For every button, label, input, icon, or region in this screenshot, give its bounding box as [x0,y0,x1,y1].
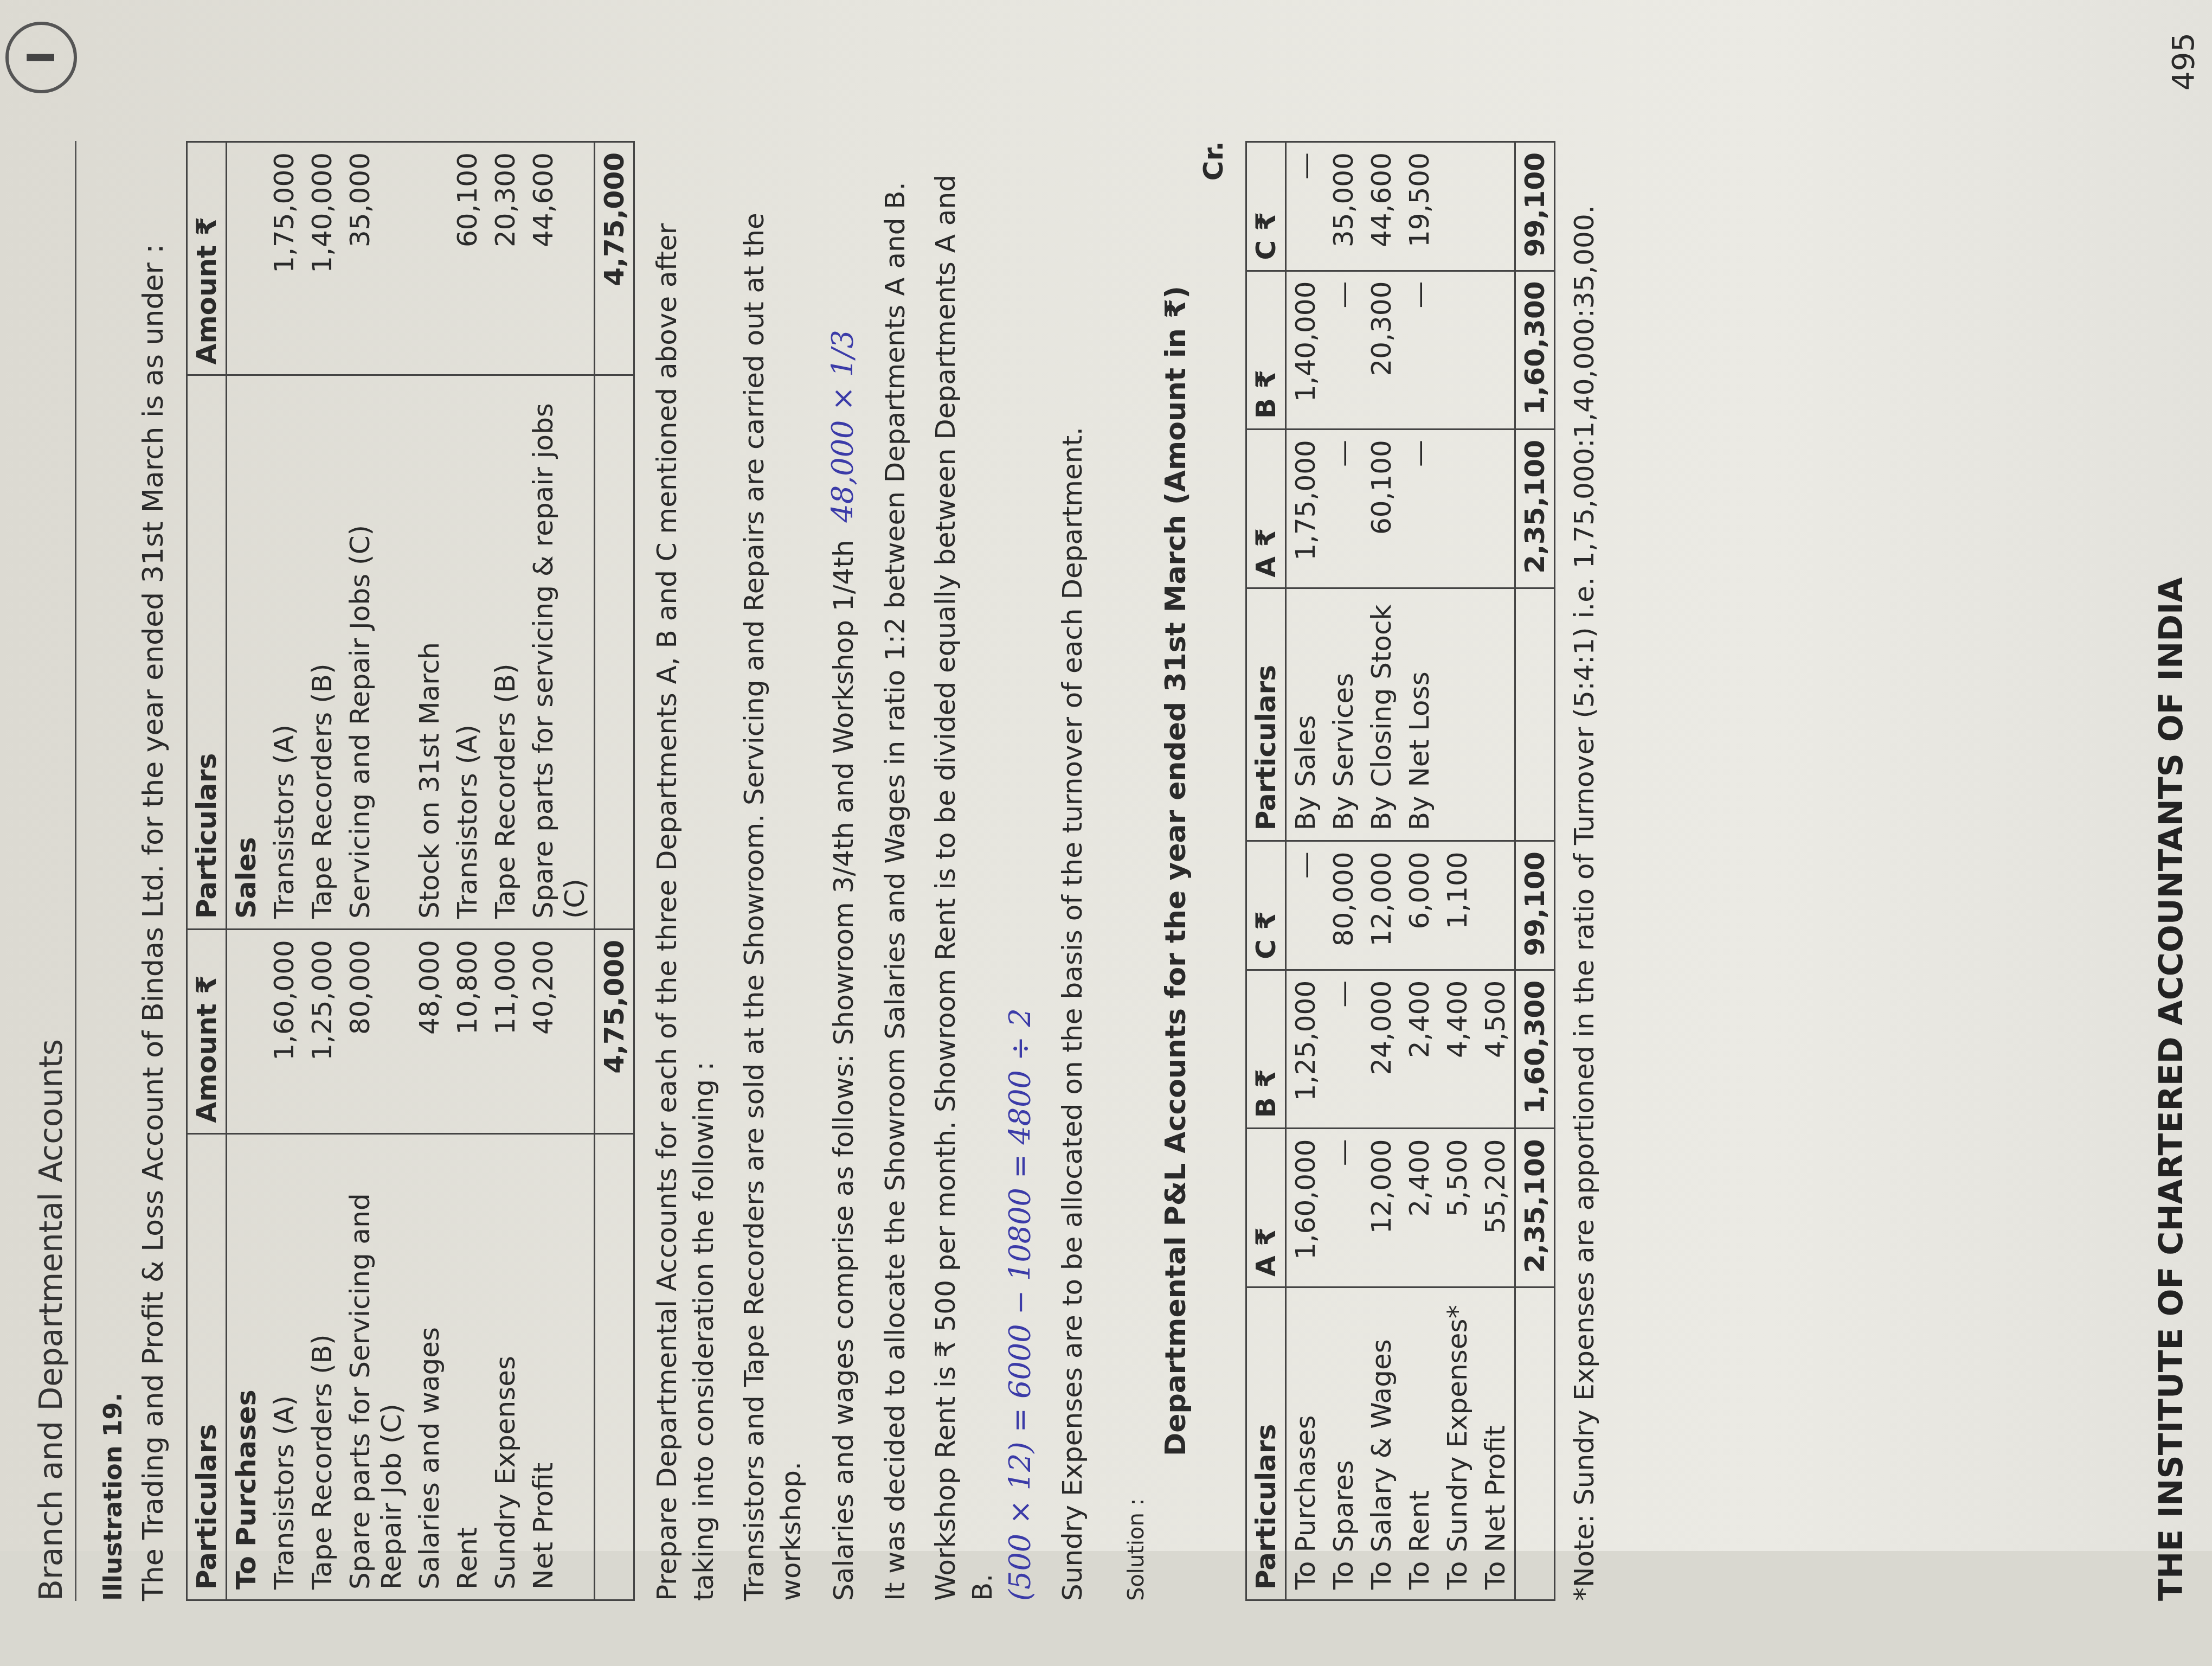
cr-particular: By Closing Stock [1362,588,1400,841]
dr-dept-b: — [1324,970,1362,1129]
cr-dept-b: — [1324,271,1362,430]
dr-particular: Tape Recorders (B) [303,1133,341,1600]
running-head: Branch and Departmental Accounts [22,141,76,1601]
dr-particular: Rent [448,1133,486,1600]
dr-particular: Net Profit [524,1133,595,1600]
dr-total-b: 1,60,300 [1515,970,1554,1129]
pl-row: To Sundry Expenses*5,5004,4001,100 [1438,142,1476,1600]
dr-dept-b: 2,400 [1400,970,1438,1129]
trading-account-table: Particulars Amount ₹ Particulars Amount … [186,141,635,1601]
dr-dept-a: — [1324,1129,1362,1287]
pl-col-header: Particulars [1246,588,1285,841]
dr-dept-b: 24,000 [1362,970,1400,1129]
trading-row: Tape Recorders (B)1,25,000Tape Recorders… [303,142,341,1600]
dr-amount: 80,000 [341,930,410,1133]
pl-row: To Net Profit55,2004,500 [1476,142,1515,1600]
question-section: Prepare Departmental Accounts for each o… [649,141,1091,1601]
note-4: Workshop Rent is ₹ 500 per month. Showro… [928,141,1040,1601]
cr-label: Cr. [1198,141,1229,1601]
cr-particular: Tape Recorders (B) [303,375,341,930]
cr-amount: 35,000 [341,142,410,375]
cr-particular: Transistors (A) [265,375,303,930]
cr-dept-b: — [1400,271,1438,430]
dr-total: 4,75,000 [595,930,634,1133]
pl-col-header: B ₹ [1246,271,1285,430]
dr-dept-c: 12,000 [1362,841,1400,970]
cr-particular: Sales [227,375,266,930]
note-4-text: Workshop Rent is ₹ 500 per month. Showro… [930,175,998,1601]
cr-amount: 44,600 [524,142,595,375]
dr-amount: 1,60,000 [265,930,303,1133]
handwritten-salary-note: 48,000 × 1/3 [826,330,860,522]
trading-row: Rent10,800Transistors (A)60,100 [448,142,486,1600]
col-header: Particulars [187,375,227,930]
pl-col-header: C ₹ [1246,841,1285,970]
dr-dept-c: 1,100 [1438,841,1476,970]
illustration-label: Illustration 19. [98,141,127,1601]
cr-particular [1476,588,1515,841]
footer-institute: THE INSTITUTE OF CHARTERED ACCOUNTANTS O… [2152,577,2190,1601]
cr-amount: 1,75,000 [265,142,303,375]
cr-particular: By Services [1324,588,1362,841]
dr-particular: To Net Profit [1476,1287,1515,1600]
dr-particular: To Purchases [1285,1287,1324,1600]
pl-col-header: Particulars [1246,1287,1285,1600]
institute-logo-icon: I [5,22,77,93]
cr-dept-a [1438,430,1476,588]
col-header: Particulars [187,1133,227,1600]
note-5: Sundry Expenses are to be allocated on t… [1054,141,1091,1601]
note-2: Salaries and wages comprise as follows: … [824,141,863,1601]
cr-dept-a: 60,100 [1362,430,1400,588]
pl-col-header: B ₹ [1246,970,1285,1129]
note-3: It was decided to allocate the Showroom … [877,141,914,1601]
cr-dept-a: 1,75,000 [1285,430,1324,588]
trading-row: Net Profit40,200Spare parts for servicin… [524,142,595,1600]
cr-dept-c: 35,000 [1324,142,1362,271]
trading-row: Spare parts for Servicing and Repair Job… [341,142,410,1600]
cr-dept-b [1438,271,1476,430]
pl-row: To Rent2,4002,4006,000By Net Loss——19,50… [1400,142,1438,1600]
photo-background: I Branch and Departmental Accounts Illus… [0,0,2212,1666]
pl-col-header: A ₹ [1246,1129,1285,1287]
cr-amount [227,142,266,375]
trading-total-row: 4,75,000 4,75,000 [595,142,634,1600]
dr-amount: 48,000 [410,930,448,1133]
dr-dept-a: 55,200 [1476,1129,1515,1287]
handwritten-rent-note: (500 × 12) = 6000 − 10800 = 4800 ÷ 2 [1003,1008,1037,1601]
question-text: Prepare Departmental Accounts for each o… [649,141,722,1601]
dr-total-a: 2,35,100 [1515,1129,1554,1287]
cr-dept-a: — [1324,430,1362,588]
dr-particular: To Rent [1400,1287,1438,1600]
dr-total-c: 99,100 [1515,841,1554,970]
cr-particular: By Net Loss [1400,588,1438,841]
dr-dept-c: — [1285,841,1324,970]
dr-particular: Salaries and wages [410,1133,448,1600]
dr-dept-a: 12,000 [1362,1129,1400,1287]
cr-dept-c: 19,500 [1400,142,1438,271]
pl-col-header: C ₹ [1246,142,1285,271]
trading-row: Sundry Expenses11,000Tape Recorders (B)2… [486,142,524,1600]
trading-row: To PurchasesSales [227,142,266,1600]
textbook-page: I Branch and Departmental Accounts Illus… [0,0,2212,1666]
solution-label: Solution : [1124,141,1149,1601]
cr-dept-c [1438,142,1476,271]
footnote: *Note: Sundry Expenses are apportioned i… [1568,141,1600,1601]
pl-row: To Salary & Wages12,00024,00012,000By Cl… [1362,142,1400,1600]
dr-amount: 40,200 [524,930,595,1133]
cr-particular: Spare parts for servicing & repair jobs … [524,375,595,930]
pl-total-row: 2,35,100 1,60,300 99,100 2,35,100 1,60,3… [1515,142,1554,1600]
note-1: Transistors and Tape Recorders are sold … [736,141,809,1601]
cr-particular: By Sales [1285,588,1324,841]
cr-dept-c: 44,600 [1362,142,1400,271]
dr-particular: To Sundry Expenses* [1438,1287,1476,1600]
cr-dept-a: — [1400,430,1438,588]
col-header: Amount ₹ [187,142,227,375]
cr-dept-c: — [1285,142,1324,271]
trading-row: Salaries and wages48,000Stock on 31st Ma… [410,142,448,1600]
pl-title: Departmental P&L Accounts for the year e… [1160,141,1192,1601]
cr-total: 4,75,000 [595,142,634,375]
cr-particular: Tape Recorders (B) [486,375,524,930]
pl-col-header: A ₹ [1246,430,1285,588]
departmental-pl-table: ParticularsA ₹B ₹C ₹ParticularsA ₹B ₹C ₹… [1245,141,1555,1601]
col-header: Amount ₹ [187,930,227,1133]
dr-dept-c: 6,000 [1400,841,1438,970]
dr-particular: Transistors (A) [265,1133,303,1600]
pl-row: To Purchases1,60,0001,25,000—By Sales1,7… [1285,142,1324,1600]
cr-particular: Servicing and Repair Jobs (C) [341,375,410,930]
dr-particular: Spare parts for Servicing and Repair Job… [341,1133,410,1600]
dr-dept-b: 4,500 [1476,970,1515,1129]
cr-particular: Transistors (A) [448,375,486,930]
trading-row: Transistors (A)1,60,000Transistors (A)1,… [265,142,303,1600]
cr-amount: 20,300 [486,142,524,375]
dr-dept-a: 1,60,000 [1285,1129,1324,1287]
cr-total-b: 1,60,300 [1515,271,1554,430]
dr-particular: To Spares [1324,1287,1362,1600]
dr-amount: 11,000 [486,930,524,1133]
dr-amount: 10,800 [448,930,486,1133]
cr-amount [410,142,448,375]
dr-dept-b: 1,25,000 [1285,970,1324,1129]
cr-dept-b: 1,40,000 [1285,271,1324,430]
dr-particular: To Salary & Wages [1362,1287,1400,1600]
dr-dept-c [1476,841,1515,970]
cr-dept-a [1476,430,1515,588]
page-number: 495 [2166,33,2201,91]
cr-amount: 1,40,000 [303,142,341,375]
cr-dept-b [1476,271,1515,430]
cr-particular [1438,588,1476,841]
note-2-text: Salaries and wages comprise as follows: … [828,540,859,1601]
cr-amount: 60,100 [448,142,486,375]
pl-row: To Spares——80,000By Services——35,000 [1324,142,1362,1600]
dr-dept-a: 5,500 [1438,1129,1476,1287]
cr-particular: Stock on 31st March [410,375,448,930]
dr-amount [227,930,266,1133]
dr-amount: 1,25,000 [303,930,341,1133]
dr-dept-c: 80,000 [1324,841,1362,970]
cr-total-c: 99,100 [1515,142,1554,271]
dr-particular: Sundry Expenses [486,1133,524,1600]
cr-total-a: 2,35,100 [1515,430,1554,588]
intro-text: The Trading and Profit & Loss Account of… [137,141,170,1601]
cr-dept-c [1476,142,1515,271]
cr-dept-b: 20,300 [1362,271,1400,430]
dr-dept-a: 2,400 [1400,1129,1438,1287]
dr-dept-b: 4,400 [1438,970,1476,1129]
dr-particular: To Purchases [227,1133,266,1600]
